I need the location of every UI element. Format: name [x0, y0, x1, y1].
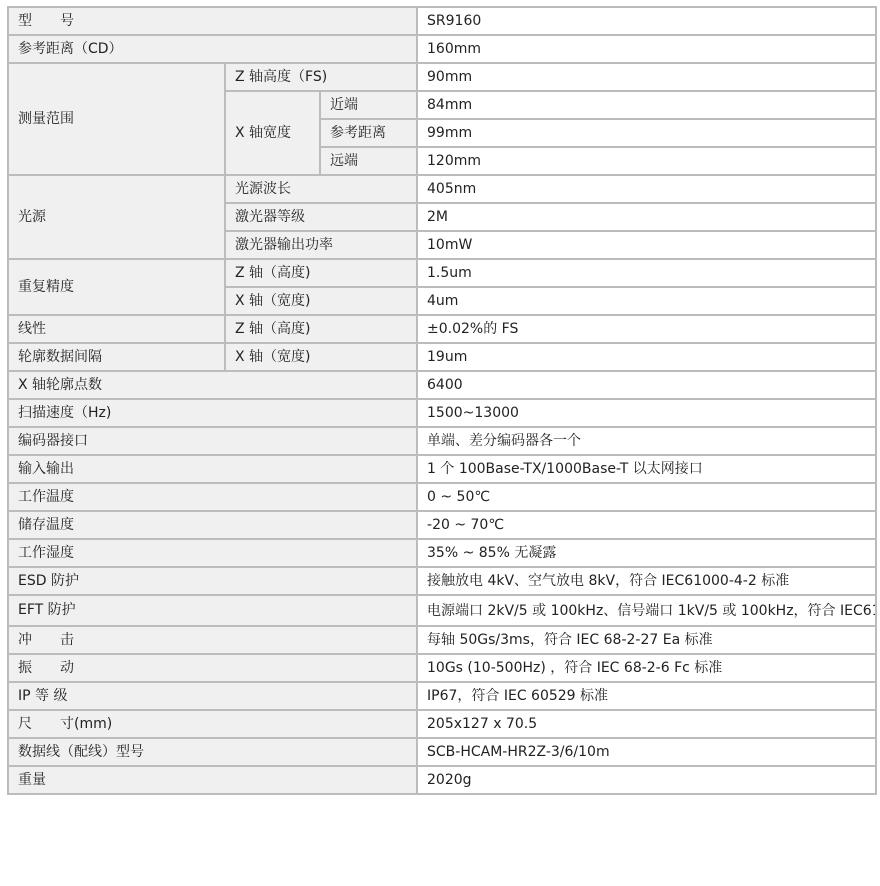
value-x-near: 84mm [417, 91, 876, 119]
label-x-reference: 参考距离 [320, 119, 417, 147]
row-z-height: 测量范围 Z 轴高度（FS) 90mm [8, 63, 876, 91]
label-laser-class: 激光器等级 [225, 203, 417, 231]
label-x-width: X 轴宽度 [225, 91, 320, 175]
value-ip-rating: IP67，符合 IEC 60529 标准 [417, 682, 876, 710]
row-operating-temp: 工作温度 0 ~ 50℃ [8, 483, 876, 511]
row-eft: EFT 防护 电源端口 2kV/5 或 100kHz、信号端口 1kV/5 或 … [8, 595, 876, 626]
value-wavelength: 405nm [417, 175, 876, 203]
label-x-profile-points: X 轴轮廓点数 [8, 371, 417, 399]
label-linearity-axis: Z 轴（高度) [225, 315, 417, 343]
value-x-reference: 99mm [417, 119, 876, 147]
label-scan-speed: 扫描速度（Hz) [8, 399, 417, 427]
value-linearity: ±0.02%的 FS [417, 315, 876, 343]
row-operating-humidity: 工作湿度 35% ~ 85% 无凝露 [8, 539, 876, 567]
row-x-profile-points: X 轴轮廓点数 6400 [8, 371, 876, 399]
value-weight: 2020g [417, 766, 876, 794]
row-dimensions: 尺 寸(mm) 205x127 x 70.5 [8, 710, 876, 738]
label-light-source: 光源 [8, 175, 225, 259]
row-scan-speed: 扫描速度（Hz) 1500~13000 [8, 399, 876, 427]
label-repeatability-x: X 轴（宽度) [225, 287, 417, 315]
value-profile-interval: 19um [417, 343, 876, 371]
value-esd: 接触放电 4kV、空气放电 8kV，符合 IEC61000-4-2 标准 [417, 567, 876, 595]
row-storage-temp: 储存温度 -20 ~ 70℃ [8, 511, 876, 539]
label-weight: 重量 [8, 766, 417, 794]
label-vibration: 振 动 [8, 654, 417, 682]
row-ip-rating: IP 等 级 IP67，符合 IEC 60529 标准 [8, 682, 876, 710]
row-encoder-interface: 编码器接口 单端、差分编码器各一个 [8, 427, 876, 455]
label-reference-distance: 参考距离（CD） [8, 35, 417, 63]
label-io: 输入输出 [8, 455, 417, 483]
value-scan-speed: 1500~13000 [417, 399, 876, 427]
row-vibration: 振 动 10Gs (10-500Hz) ，符合 IEC 68-2-6 Fc 标准 [8, 654, 876, 682]
label-profile-interval: 轮廓数据间隔 [8, 343, 225, 371]
label-storage-temp: 储存温度 [8, 511, 417, 539]
value-encoder-interface: 单端、差分编码器各一个 [417, 427, 876, 455]
label-ip-rating: IP 等 级 [8, 682, 417, 710]
value-z-height: 90mm [417, 63, 876, 91]
label-model: 型 号 [8, 7, 417, 35]
label-shock: 冲 击 [8, 626, 417, 654]
label-dimensions: 尺 寸(mm) [8, 710, 417, 738]
row-reference-distance: 参考距离（CD） 160mm [8, 35, 876, 63]
label-wavelength: 光源波长 [225, 175, 417, 203]
value-repeatability-x: 4um [417, 287, 876, 315]
label-encoder-interface: 编码器接口 [8, 427, 417, 455]
label-linearity: 线性 [8, 315, 225, 343]
spec-table: 型 号 SR9160 参考距离（CD） 160mm 测量范围 Z 轴高度（FS)… [7, 6, 877, 795]
label-z-height: Z 轴高度（FS) [225, 63, 417, 91]
label-operating-temp: 工作温度 [8, 483, 417, 511]
row-profile-interval: 轮廓数据间隔 X 轴（宽度) 19um [8, 343, 876, 371]
value-laser-power: 10mW [417, 231, 876, 259]
value-storage-temp: -20 ~ 70℃ [417, 511, 876, 539]
row-linearity: 线性 Z 轴（高度) ±0.02%的 FS [8, 315, 876, 343]
value-repeatability-z: 1.5um [417, 259, 876, 287]
value-x-profile-points: 6400 [417, 371, 876, 399]
value-eft: 电源端口 2kV/5 或 100kHz、信号端口 1kV/5 或 100kHz，… [417, 595, 876, 626]
value-reference-distance: 160mm [417, 35, 876, 63]
label-esd: ESD 防护 [8, 567, 417, 595]
label-cable-model: 数据线（配线）型号 [8, 738, 417, 766]
label-measurement-range: 测量范围 [8, 63, 225, 175]
value-shock: 每轴 50Gs/3ms，符合 IEC 68-2-27 Ea 标准 [417, 626, 876, 654]
value-x-far: 120mm [417, 147, 876, 175]
row-io: 输入输出 1 个 100Base-TX/1000Base-T 以太网接口 [8, 455, 876, 483]
label-repeatability-z: Z 轴（高度) [225, 259, 417, 287]
value-laser-class: 2M [417, 203, 876, 231]
value-dimensions: 205x127 x 70.5 [417, 710, 876, 738]
value-operating-temp: 0 ~ 50℃ [417, 483, 876, 511]
value-io: 1 个 100Base-TX/1000Base-T 以太网接口 [417, 455, 876, 483]
label-laser-power: 激光器输出功率 [225, 231, 417, 259]
value-vibration: 10Gs (10-500Hz) ，符合 IEC 68-2-6 Fc 标准 [417, 654, 876, 682]
label-profile-interval-axis: X 轴（宽度) [225, 343, 417, 371]
label-x-far: 远端 [320, 147, 417, 175]
row-shock: 冲 击 每轴 50Gs/3ms，符合 IEC 68-2-27 Ea 标准 [8, 626, 876, 654]
value-operating-humidity: 35% ~ 85% 无凝露 [417, 539, 876, 567]
label-repeatability: 重复精度 [8, 259, 225, 315]
label-eft: EFT 防护 [8, 595, 417, 626]
value-model: SR9160 [417, 7, 876, 35]
row-weight: 重量 2020g [8, 766, 876, 794]
row-model: 型 号 SR9160 [8, 7, 876, 35]
row-cable-model: 数据线（配线）型号 SCB-HCAM-HR2Z-3/6/10m [8, 738, 876, 766]
value-cable-model: SCB-HCAM-HR2Z-3/6/10m [417, 738, 876, 766]
label-operating-humidity: 工作湿度 [8, 539, 417, 567]
label-x-near: 近端 [320, 91, 417, 119]
row-repeatability-z: 重复精度 Z 轴（高度) 1.5um [8, 259, 876, 287]
row-esd: ESD 防护 接触放电 4kV、空气放电 8kV，符合 IEC61000-4-2… [8, 567, 876, 595]
row-wavelength: 光源 光源波长 405nm [8, 175, 876, 203]
